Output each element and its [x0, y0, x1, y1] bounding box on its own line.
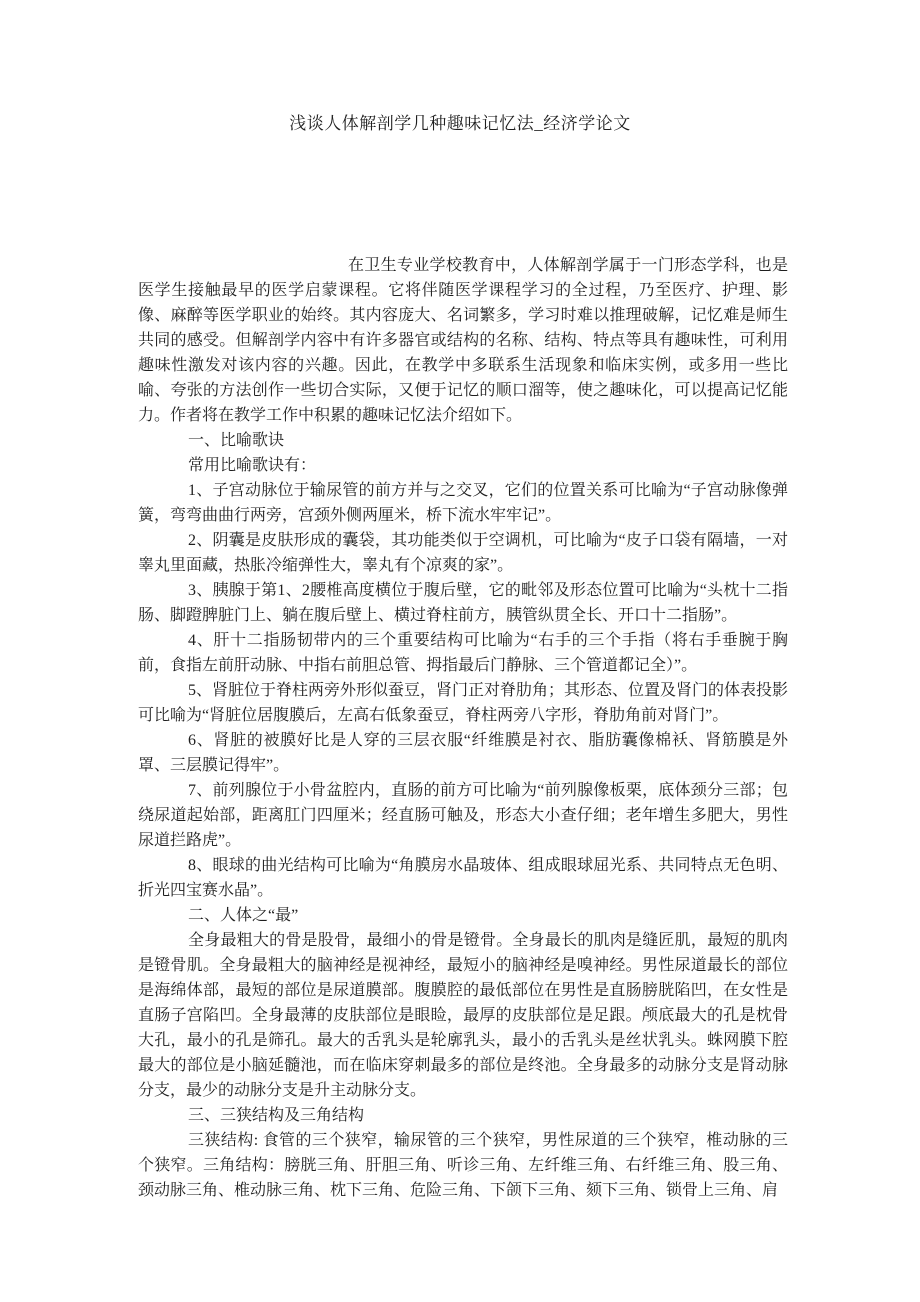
paragraph: 常用比喻歌诀有： — [138, 453, 788, 478]
paragraph: 三狭结构: 食管的三个狭窄，输尿管的三个狭窄，男性尿道的三个狭窄，椎动脉的三个狭… — [138, 1128, 788, 1203]
list-item-6: 6、肾脏的被膜好比是人穿的三层衣服“纤维膜是衬衣、脂肪囊像棉袄、肾筋膜是外罩、三… — [138, 728, 788, 778]
list-item-8: 8、眼球的曲光结构可比喻为“角膜房水晶玻体、组成眼球屈光系、共同特点无色明、折光… — [138, 853, 788, 903]
section-heading-3: 三、三狭结构及三角结构 — [138, 1103, 788, 1128]
list-item-5: 5、肾脏位于脊柱两旁外形似蚕豆，肾门正对脊肋角；其形态、位置及肾门的体表投影可比… — [138, 678, 788, 728]
intro-paragraph: 在卫生专业学校教育中，人体解剖学属于一门形态学科，也是医学生接触最早的医学启蒙课… — [138, 253, 788, 428]
section-heading-2: 二、人体之“最” — [138, 903, 788, 928]
list-item-4: 4、肝十二指肠韧带内的三个重要结构可比喻为“右手的三个手指（将右手垂腕于胸前，食… — [138, 628, 788, 678]
list-item-2: 2、阴囊是皮肤形成的囊袋，其功能类似于空调机，可比喻为“皮子口袋有隔墙，一对睾丸… — [138, 528, 788, 578]
list-item-1: 1、子宫动脉位于输尿管的前方并与之交叉，它们的位置关系可比喻为“子宫动脉像弹簧，… — [138, 478, 788, 528]
paragraph: 全身最粗大的骨是股骨，最细小的骨是镫骨。全身最长的肌肉是缝匠肌，最短的肌肉是镫骨… — [138, 928, 788, 1103]
document-page: 浅谈人体解剖学几种趣味记忆法_经济学论文 在卫生专业学校教育中，人体解剖学属于一… — [0, 0, 920, 1302]
list-item-3: 3、胰腺于第1、2腰椎高度横位于腹后壁，它的毗邻及形态位置可比喻为“头枕十二指肠… — [138, 578, 788, 628]
list-item-7: 7、前列腺位于小骨盆腔内，直肠的前方可比喻为“前列腺像板栗，底体颈分三部；包绕尿… — [138, 778, 788, 853]
document-body: 在卫生专业学校教育中，人体解剖学属于一门形态学科，也是医学生接触最早的医学启蒙课… — [138, 253, 788, 1203]
document-title: 浅谈人体解剖学几种趣味记忆法_经济学论文 — [0, 109, 920, 134]
section-heading-1: 一、比喻歌诀 — [138, 428, 788, 453]
